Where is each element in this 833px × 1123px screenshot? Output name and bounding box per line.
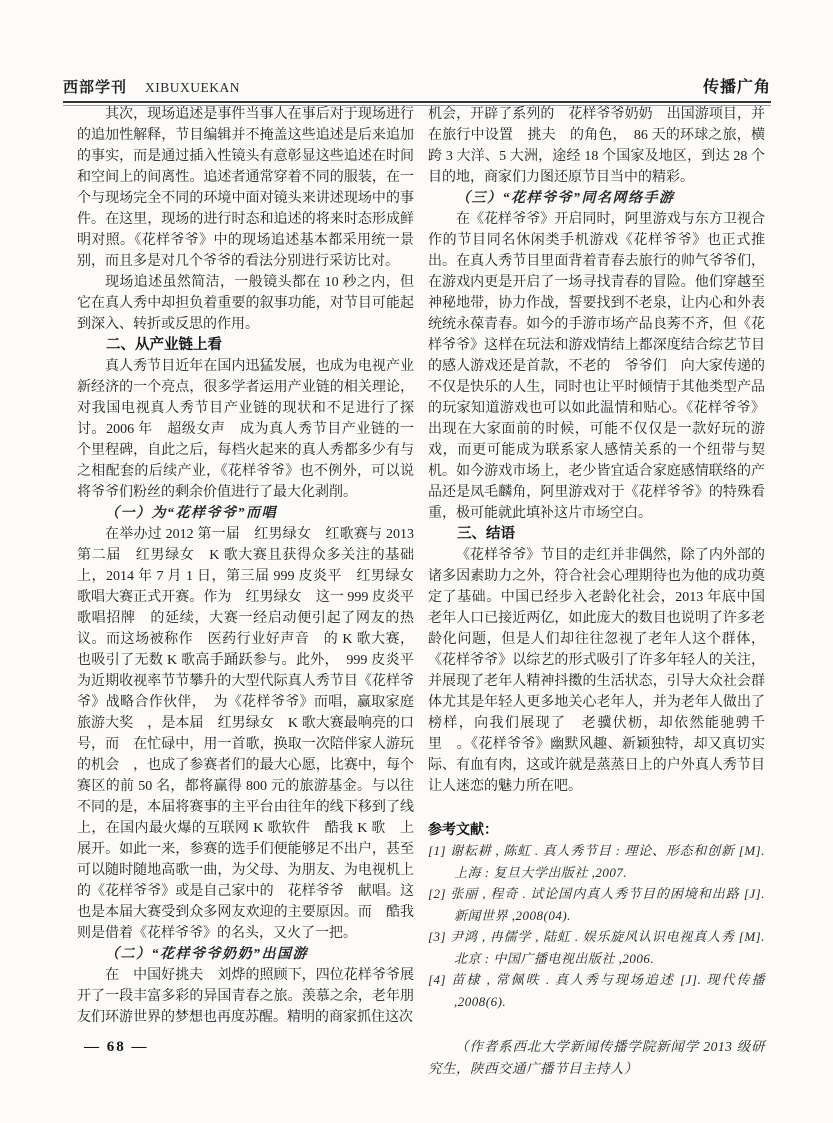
reference-item: [1] 谢耘耕 , 陈虹 . 真人秀节目 : 理论、形态和创新 [M]. 上海 … — [428, 840, 765, 883]
left-column: 其次，现场追述是事件当事人在事后对于现场进行的追加性解释，节目编辑并不掩盖这些追… — [77, 104, 414, 1080]
subsection-heading: （二）“花样爷爷奶奶”出国游 — [77, 944, 414, 965]
header-row: 西部学刊 XIBUXUEKAN 传播广角 — [63, 74, 771, 97]
page-number: — 68 — — [84, 1039, 149, 1056]
right-column: 机会，开辟了系列的 花样爷爷奶奶 出国游项目，并在旅行中设置 挑夫 的角色， 8… — [428, 104, 765, 1080]
section-label: 传播广角 — [703, 74, 771, 97]
author-note: （作者系西北大学新闻传播学院新闻学 2013 级研究生，陕西交通广播节目主持人） — [428, 1036, 765, 1080]
reference-item: [3] 尹鸿 , 冉儒学 , 陆虹 . 娱乐旋风认识电视真人秀 [M]. 北京 … — [428, 926, 765, 969]
paragraph: 其次，现场追述是事件当事人在事后对于现场进行的追加性解释，节目编辑并不掩盖这些追… — [77, 104, 414, 272]
paragraph: 在举办过 2012 第一届 红男绿女 红歌赛与 2013 第二届 红男绿女 K … — [77, 524, 414, 944]
journal-name: 西部学刊 XIBUXUEKAN — [63, 76, 240, 97]
paragraph: 《花样爷爷》节目的走红并非偶然，除了内外部的诸多因素助力之外，符合社会心理期待也… — [428, 545, 765, 797]
article-body: 其次，现场追述是事件当事人在事后对于现场进行的追加性解释，节目编辑并不掩盖这些追… — [77, 104, 765, 1080]
subsection-heading: （三）“花样爷爷”同名网络手游 — [428, 188, 765, 209]
section-heading: 三、结语 — [428, 524, 765, 545]
paragraph: 在 中国好挑夫 刘烨的照顾下，四位花样爷爷展开了一段丰富多彩的异国青春之旅。羡慕… — [77, 965, 414, 1028]
paragraph-continued: 机会，开辟了系列的 花样爷爷奶奶 出国游项目，并在旅行中设置 挑夫 的角色， 8… — [428, 104, 765, 188]
reference-item: [4] 苗棣 , 常佩昳 . 真人秀与现场追述 [J]. 现代传播 ,2008(… — [428, 969, 765, 1012]
reference-item: [2] 张丽 , 程奇 . 试论国内真人秀节目的困境和出路 [J]. 新闻世界 … — [428, 883, 765, 926]
paragraph: 现场追述虽然简洁，一般镜头都在 10 秒之内，但它在真人秀中却担负着重要的叙事功… — [77, 272, 414, 335]
paragraph: 在《花样爷爷》开启同时，阿里游戏与东方卫视合作的节目同名休闲类手机游戏《花样爷爷… — [428, 209, 765, 524]
subsection-heading: （一）为“花样爷爷”而唱 — [77, 503, 414, 524]
section-heading: 二、从产业链上看 — [77, 335, 414, 356]
journal-name-chinese: 西部学刊 — [63, 79, 127, 96]
journal-page: 西部学刊 XIBUXUEKAN 传播广角 其次，现场追述是事件当事人在事后对于现… — [0, 0, 833, 1123]
references-title: 参考文献： — [428, 819, 765, 840]
paragraph: 真人秀节目近年在国内迅猛发展，也成为电视产业新经济的一个亮点，很多学者运用产业链… — [77, 356, 414, 503]
journal-header: 西部学刊 XIBUXUEKAN 传播广角 — [63, 74, 771, 106]
journal-name-pinyin: XIBUXUEKAN — [145, 80, 240, 95]
